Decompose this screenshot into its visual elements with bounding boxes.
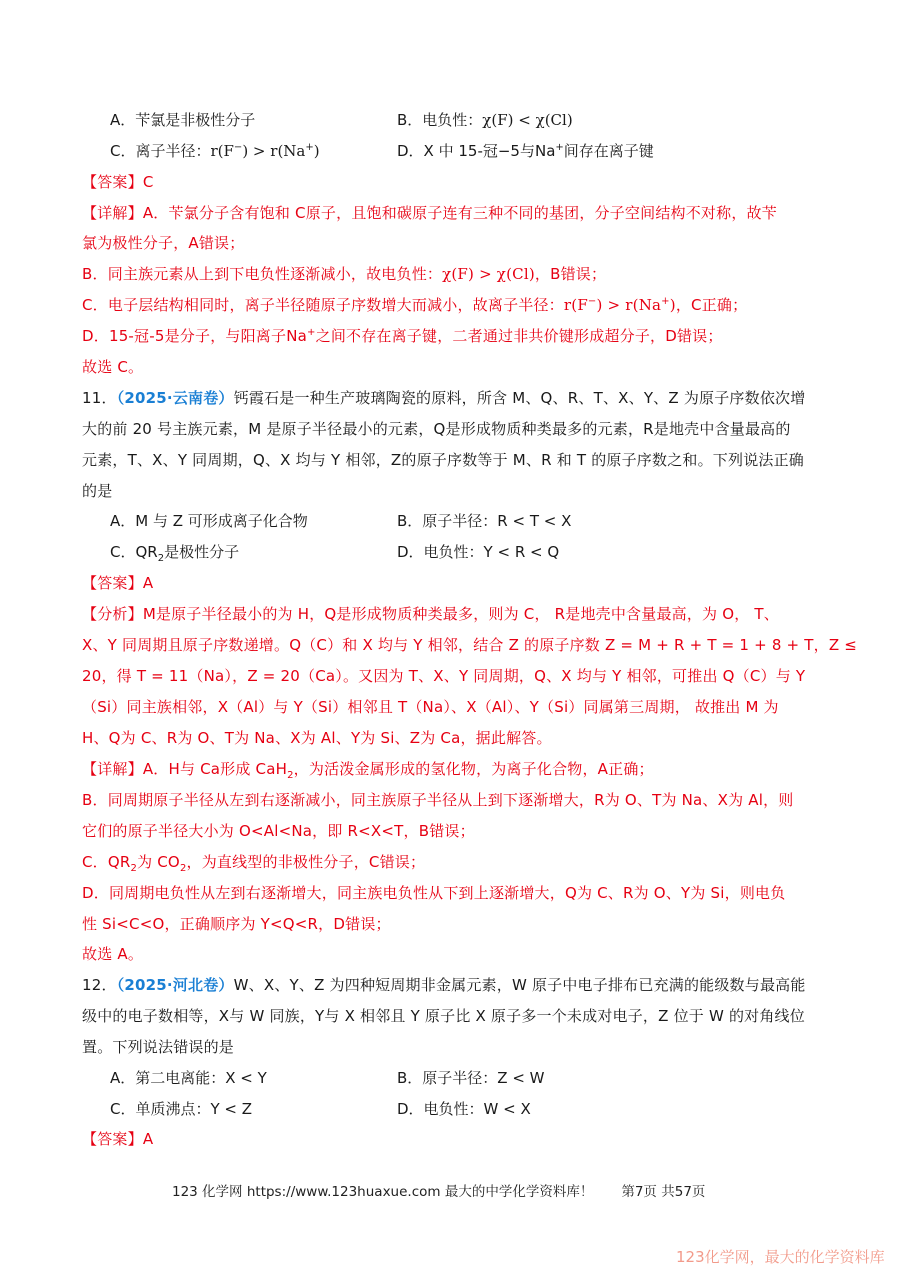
q11-stem-line-2: 大的前 20 号主族元素，M 是原子半径最小的元素，Q是形成物质种类最多的元素，… (82, 418, 791, 440)
prev-detail-c-prefix: C．电子层结构相同时，离子半径随原子序数增大而减小，故离子半径： (82, 296, 564, 314)
q12-option-a: A．第二电离能：X < Y (110, 1067, 267, 1089)
q11-option-c-2: 是极性分子 (164, 543, 239, 561)
prev-detail-line-3: B．同主族元素从上到下电负性逐渐减小，故电负性：χ(F) > χ(Cl)，B错误… (82, 263, 606, 285)
answer-label: 【答案】 (82, 173, 143, 191)
prev-option-d: D．X 中 15-冠−5与Na+间存在离子键 (397, 140, 654, 162)
prev-detail-c-math-1: r(F (564, 296, 588, 314)
prev-detail-b-prefix: B．同主族元素从上到下电负性逐渐减小，故电负性： (82, 265, 442, 283)
analysis-label: 【分析】 (82, 605, 143, 623)
prev-detail-c-sup-2: + (661, 296, 670, 307)
q11-option-c-1: C．QR (110, 543, 158, 561)
prev-detail-c-sup-1: − (588, 296, 597, 307)
prev-option-c-math-3: ) (314, 142, 320, 160)
q11-detail-c-3: ，为直线型的非极性分子，C错误； (187, 853, 426, 871)
q11-detail-line-3: 它们的原子半径大小为 O<Al<Na，即 R<X<T，B错误； (82, 820, 475, 842)
q11-detail-line-5: D．同周期电负性从左到右逐渐增大，同主族电负性从下到上逐渐增大，Q为 C、R为 … (82, 882, 785, 904)
q11-detail-a-2: ，为活泼金属形成的氢化物，为离子化合物，A正确； (294, 760, 654, 778)
prev-option-d-sup: + (555, 142, 563, 153)
detail-label: 【详解】 (82, 204, 143, 222)
q11-analysis-line-4: （Si）同主族相邻，X（Al）与 Y（Si）相邻且 T（Na）、X（Al）、Y（… (82, 696, 779, 718)
prev-detail-c-suffix: ，C正确； (676, 296, 747, 314)
prev-detail-line-1: 【详解】A．苄氯分子含有饱和 C原子，且饱和碳原子连有三种不同的基团，分子空间结… (82, 202, 777, 224)
q11-detail-line-6: 性 Si<C<O，正确顺序为 Y<Q<R，D错误； (82, 913, 391, 935)
prev-detail-d-2: 之间不存在离子键，二者通过非共价键形成超分子，D错误； (316, 327, 723, 345)
analysis-text: M是原子半径最小的为 H，Q是形成物质种类最多，则为 C， R是地壳中含量最高，… (143, 605, 779, 623)
prev-option-a: A．苄氯是非极性分子 (110, 109, 255, 131)
q12-stem-line-2: 级中的电子数相等，X与 W 同族，Y与 X 相邻且 Y 原子比 X 原子多一个未… (82, 1005, 805, 1027)
prev-answer: 【答案】C (82, 171, 154, 193)
q12-option-b: B．原子半径：Z < W (397, 1067, 545, 1089)
answer-value: A (143, 574, 153, 592)
q11-analysis-line-3: 20，得 T = 11（Na），Z = 20（Ca）。又因为 T、X、Y 同周期… (82, 665, 805, 687)
q11-analysis-line-1: 【分析】M是原子半径最小的为 H，Q是形成物质种类最多，则为 C， R是地壳中含… (82, 603, 779, 625)
prev-detail-b-suffix: ，B错误； (535, 265, 606, 283)
answer-label: 【答案】 (82, 1130, 143, 1148)
detail-label: 【详解】 (82, 760, 143, 778)
footer-site-text: 123 化学网 https://www.123huaxue.com 最大的中学化… (172, 1184, 593, 1200)
footer-page-info: 第7页 共57页 (621, 1184, 705, 1200)
answer-label: 【答案】 (82, 574, 143, 592)
q11-detail-c-1: C．QR (82, 853, 131, 871)
prev-detail-line-5: D．15-冠-5是分子，与阳离子Na+之间不存在离子键，二者通过非共价键形成超分… (82, 325, 723, 347)
prev-option-d-1: D．X 中 15-冠−5与Na (397, 142, 555, 160)
prev-option-b: B．电负性：χ(F) < χ(Cl) (397, 109, 573, 131)
q11-option-b: B．原子半径：R < T < X (397, 510, 571, 532)
q12-number: 12． (82, 976, 117, 994)
prev-option-c-prefix: C．离子半径： (110, 142, 210, 160)
prev-option-b-prefix: B．电负性： (397, 111, 482, 129)
q11-option-d: D．电负性：Y < R < Q (397, 541, 559, 563)
q11-answer: 【答案】A (82, 572, 153, 594)
q11-analysis-line-2: X、Y 同周期且原子序数递增。Q（C）和 X 均与 Y 相邻，结合 Z 的原子序… (82, 634, 857, 656)
q11-detail-line-2: B．同周期原子半径从左到右逐渐减小，同主族原子半径从上到下逐渐增大，R为 O、T… (82, 789, 794, 811)
q11-option-a: A．M 与 Z 可形成离子化合物 (110, 510, 308, 532)
q12-option-d: D．电负性：W < X (397, 1098, 531, 1120)
prev-detail-line-2: 氯为极性分子，A错误； (82, 232, 244, 254)
q11-stem-text: 钙霞石是一种生产玻璃陶瓷的原料，所含 M、Q、R、T、X、Y、Z 为原子序数依次… (234, 389, 806, 407)
q11-detail-line-1: 【详解】A．H与 Ca形成 CaH2，为活泼金属形成的氢化物，为离子化合物，A正… (82, 758, 654, 780)
answer-value: A (143, 1130, 153, 1148)
prev-detail-d-1: D．15-冠-5是分子，与阳离子Na (82, 327, 307, 345)
q11-number: 11． (82, 389, 117, 407)
q12-stem-line-3: 置。下列说法错误的是 (82, 1036, 234, 1058)
q11-source: （2025·云南卷） (117, 389, 234, 407)
q11-detail-c-2: 为 CO (137, 853, 180, 871)
prev-detail-b-math: χ(F) > χ(Cl) (442, 265, 535, 283)
prev-conclusion: 故选 C。 (82, 356, 143, 378)
prev-detail-c-math-2: ) > r(Na (597, 296, 662, 314)
page-footer: 123 化学网 https://www.123huaxue.com 最大的中学化… (172, 1180, 705, 1200)
q11-stem-line-1: 11．（2025·云南卷）钙霞石是一种生产玻璃陶瓷的原料，所含 M、Q、R、T、… (82, 387, 805, 409)
detail-text: A．苄氯分子含有饱和 C原子，且饱和碳原子连有三种不同的基团，分子空间结构不对称… (143, 204, 777, 222)
q11-detail-line-4: C．QR2为 CO2，为直线型的非极性分子，C错误； (82, 851, 425, 873)
q11-stem-line-3: 元素，T、X、Y 同周期，Q、X 均与 Y 相邻，Z的原子序数等于 M、R 和 … (82, 449, 804, 471)
watermark: 123化学网，最大的化学资料库 (676, 1246, 885, 1267)
q11-analysis-line-5: H、Q为 C、R为 O、T为 Na、X为 Al、Y为 Si、Z为 Ca，据此解答… (82, 727, 552, 749)
prev-option-b-math: χ(F) < χ(Cl) (482, 111, 572, 129)
prev-option-c-math-2: ) > r(Na (242, 142, 305, 160)
q12-answer: 【答案】A (82, 1128, 153, 1150)
q11-conclusion: 故选 A。 (82, 943, 143, 965)
q11-stem-line-4: 的是 (82, 480, 112, 502)
prev-option-c: C．离子半径：r(F−) > r(Na+) (110, 140, 320, 162)
q12-stem-line-1: 12．（2025·河北卷）W、X、Y、Z 为四种短周期非金属元素，W 原子中电子… (82, 974, 806, 996)
answer-value: C (143, 173, 154, 191)
q12-option-c: C．单质沸点：Y < Z (110, 1098, 252, 1120)
q12-source: （2025·河北卷） (117, 976, 234, 994)
prev-detail-line-4: C．电子层结构相同时，离子半径随原子序数增大而减小，故离子半径：r(F−) > … (82, 294, 747, 316)
q11-option-c: C．QR2是极性分子 (110, 541, 239, 563)
prev-option-d-2: 间存在离子键 (564, 142, 654, 160)
q12-stem-text: W、X、Y、Z 为四种短周期非金属元素，W 原子中电子排布已充满的能级数与最高能 (234, 976, 806, 994)
prev-option-c-math-1: r(F (210, 142, 233, 160)
prev-detail-d-sup: + (307, 327, 316, 338)
q11-detail-a-1: A．H与 Ca形成 CaH (143, 760, 287, 778)
prev-option-c-sup-2: + (305, 142, 313, 153)
